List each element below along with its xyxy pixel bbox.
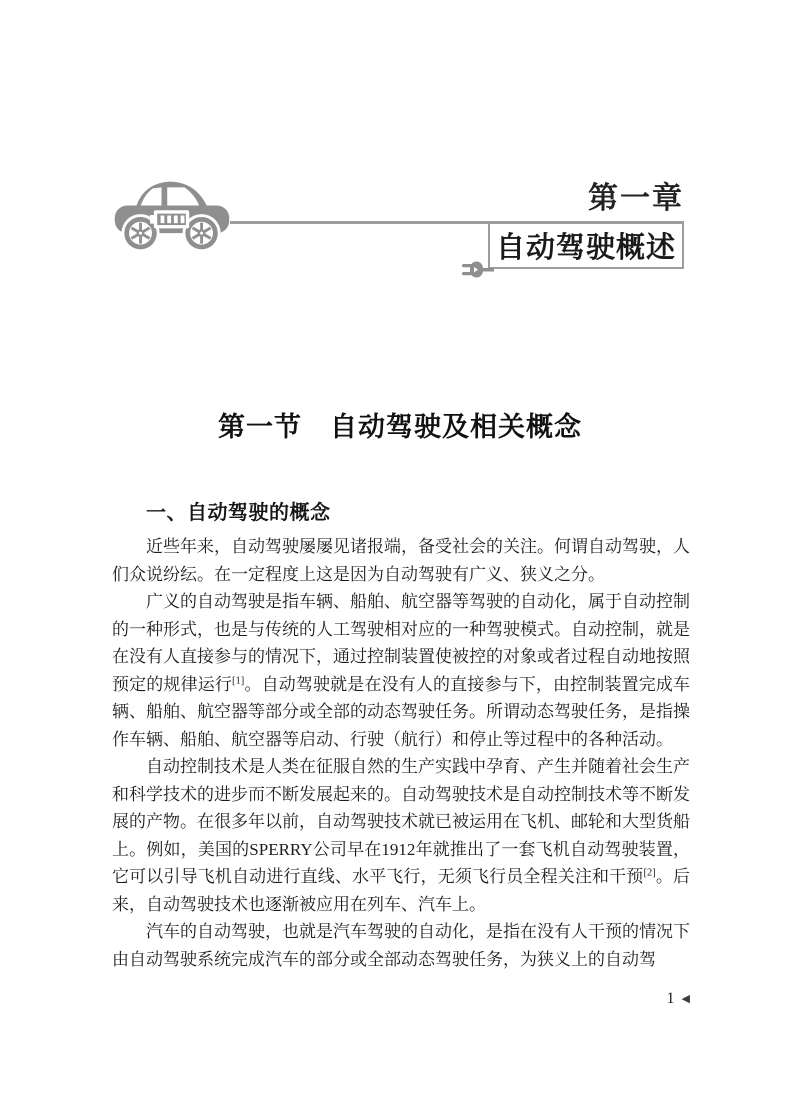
book-page: 第一章 自动驾驶概述 第一节 自动驾驶及相关概念 一、自动驾驶的概念 近些年来，… — [0, 0, 800, 1118]
footnote-ref-2: [2] — [643, 867, 655, 878]
paragraph-1: 近些年来，自动驾驶屡屡见诸报端，备受社会的关注。何谓自动驾驶，人们众说纷纭。在一… — [112, 533, 690, 588]
page-number: 1 — [667, 990, 675, 1008]
paragraph-4: 汽车的自动驾驶，也就是汽车驾驶的自动化，是指在没有人干预的情况下由自动驾驶系统完… — [112, 918, 690, 973]
electric-car-icon — [110, 170, 234, 262]
page-footer: 1 ◀ — [667, 990, 690, 1008]
chapter-title-box: 自动驾驶概述 — [488, 223, 684, 269]
chapter-title: 自动驾驶概述 — [496, 225, 676, 266]
subsection-title: 一、自动驾驶的概念 — [146, 496, 331, 525]
page-marker-icon: ◀ — [682, 994, 690, 1005]
paragraph-2: 广义的自动驾驶是指车辆、船舶、航空器等驾驶的自动化，属于自动控制的一种形式，也是… — [112, 588, 690, 753]
body-text: 近些年来，自动驾驶屡屡见诸报端，备受社会的关注。何谓自动驾驶，人们众说纷纭。在一… — [112, 533, 690, 973]
chapter-number: 第一章 — [424, 181, 684, 217]
power-plug-icon — [462, 259, 494, 281]
footnote-ref-1: [1] — [232, 675, 244, 686]
paragraph-3-text: 自动控制技术是人类在征服自然的生产实践中孕育、产生并随着社会生产和科学技术的进步… — [112, 757, 690, 886]
paragraph-3: 自动控制技术是人类在征服自然的生产实践中孕育、产生并随着社会生产和科学技术的进步… — [112, 753, 690, 918]
section-title: 第一节 自动驾驶及相关概念 — [0, 405, 800, 444]
